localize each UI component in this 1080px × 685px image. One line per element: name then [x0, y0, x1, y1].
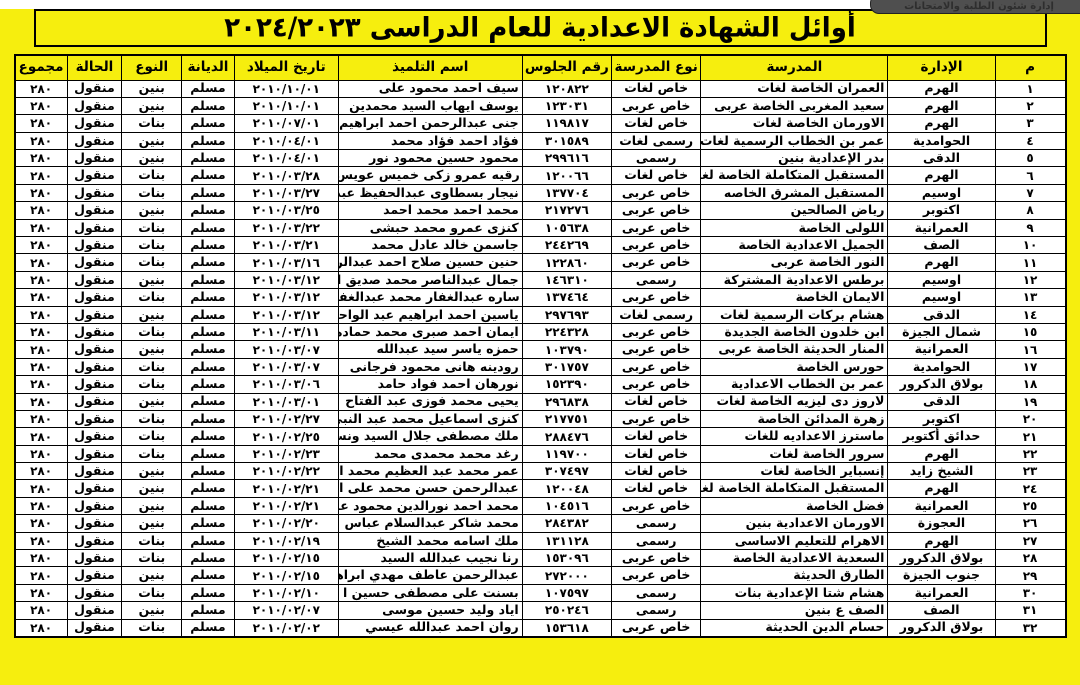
cell-administration: الهرم — [888, 254, 995, 271]
table-row: ٤الحوامديةعمر بن الخطاب الرسمية لغاترسمى… — [15, 132, 1066, 149]
cell-religion: مسلم — [182, 115, 235, 132]
cell-total: ٢٨٠ — [15, 254, 68, 271]
cell-total: ٢٨٠ — [15, 306, 68, 323]
cell-status: منقول — [67, 341, 122, 358]
cell-status: منقول — [67, 237, 122, 254]
column-header-religion: الديانة — [182, 55, 235, 80]
table-row: ٩العمرانيةاللولى الخاصةخاص عربى١٠٥٦٣٨كنز… — [15, 219, 1066, 236]
cell-student-name: عبدالرحمن حسن محمد على الليثى — [338, 480, 522, 497]
cell-serial: ١٧ — [995, 358, 1065, 375]
cell-status: منقول — [67, 532, 122, 549]
cell-total: ٢٨٠ — [15, 115, 68, 132]
cell-serial: ٦ — [995, 167, 1065, 184]
cell-serial: ٢٥ — [995, 497, 1065, 514]
cell-school: سرور الخاصة لغات — [701, 445, 888, 462]
cell-religion: مسلم — [182, 358, 235, 375]
table-row: ١٤الدقىهشام بركات الرسمية لغاترسمى لغات٢… — [15, 306, 1066, 323]
cell-birth-date: ٢٠١٠/٠٣/٢١ — [234, 237, 338, 254]
cell-school: المستقبل المتكاملة الخاصة لغات — [701, 480, 888, 497]
cell-student-name: سيف احمد محمود على — [338, 80, 522, 97]
cell-administration: الهرم — [888, 97, 995, 114]
cell-seat-number: ٣٠٧٤٩٧ — [522, 463, 611, 480]
cell-school-type: خاص عربى — [612, 619, 701, 636]
cell-gender: بنين — [122, 80, 182, 97]
cell-status: منقول — [67, 323, 122, 340]
cell-status: منقول — [67, 184, 122, 201]
cell-seat-number: ١٢٠٠٦٦ — [522, 167, 611, 184]
cell-student-name: رقيه عمرو زكى خميس عويس — [338, 167, 522, 184]
table-row: ٢٦العجوزةالاورمان الاعدادية بنينرسمى٢٨٤٣… — [15, 515, 1066, 532]
cell-status: منقول — [67, 271, 122, 288]
cell-seat-number: ١٤٦٣١٠ — [522, 271, 611, 288]
cell-birth-date: ٢٠١٠/٠٢/١٥ — [234, 550, 338, 567]
cell-seat-number: ٢١٧٢٧٦ — [522, 202, 611, 219]
cell-religion: مسلم — [182, 463, 235, 480]
cell-serial: ٣٠ — [995, 584, 1065, 601]
cell-school-type: خاص عربى — [612, 550, 701, 567]
cell-religion: مسلم — [182, 410, 235, 427]
table-row: ٢٨بولاق الدكرورالسعدية الاعدادية الخاصةخ… — [15, 550, 1066, 567]
cell-serial: ٤ — [995, 132, 1065, 149]
cell-birth-date: ٢٠١٠/٠٧/٠١ — [234, 115, 338, 132]
cell-gender: بنين — [122, 306, 182, 323]
cell-administration: بولاق الدكرور — [888, 619, 995, 636]
cell-gender: بنات — [122, 289, 182, 306]
cell-religion: مسلم — [182, 254, 235, 271]
cell-school: هشام شتا الإعدادية بنات — [701, 584, 888, 601]
cell-school: عمر بن الخطاب الرسمية لغات — [701, 132, 888, 149]
cell-seat-number: ١٣٧٤٦٤ — [522, 289, 611, 306]
cell-birth-date: ٢٠١٠/٠٤/٠١ — [234, 150, 338, 167]
cell-school: الاورمان الاعدادية بنين — [701, 515, 888, 532]
cell-birth-date: ٢٠١٠/٠٢/١٩ — [234, 532, 338, 549]
cell-total: ٢٨٠ — [15, 237, 68, 254]
cell-seat-number: ١٣١١٢٨ — [522, 532, 611, 549]
cell-total: ٢٨٠ — [15, 289, 68, 306]
cell-student-name: كنزى عمرو محمد حبشى — [338, 219, 522, 236]
column-header-total: مجموع — [15, 55, 68, 80]
cell-serial: ٢٨ — [995, 550, 1065, 567]
cell-school: حورس الخاصة — [701, 358, 888, 375]
cell-serial: ١٨ — [995, 376, 1065, 393]
table-row: ٢٥العمرانيةفضل الخاصةخاص عربى١٠٤٥١٦محمد … — [15, 497, 1066, 514]
cell-administration: العمرانية — [888, 341, 995, 358]
cell-gender: بنين — [122, 497, 182, 514]
cell-religion: مسلم — [182, 289, 235, 306]
cell-status: منقول — [67, 515, 122, 532]
cell-gender: بنين — [122, 463, 182, 480]
cell-total: ٢٨٠ — [15, 410, 68, 427]
cell-school-type: خاص عربى — [612, 289, 701, 306]
table-row: ٣الهرمالاورمان الخاصة لغاتخاص لغات١١٩٨١٧… — [15, 115, 1066, 132]
cell-birth-date: ٢٠١٠/٠٣/٢٧ — [234, 184, 338, 201]
cell-administration: الهرم — [888, 480, 995, 497]
cell-student-name: جمال عبدالناصر محمد صديق احمد — [338, 271, 522, 288]
cell-serial: ٢٧ — [995, 532, 1065, 549]
cell-status: منقول — [67, 202, 122, 219]
table-row: ١٦العمرانيةالمنار الحديثة الخاصة عربىخاص… — [15, 341, 1066, 358]
cell-student-name: جاسمن خالد عادل محمد — [338, 237, 522, 254]
cell-school-type: خاص لغات — [612, 167, 701, 184]
cell-religion: مسلم — [182, 619, 235, 636]
cell-total: ٢٨٠ — [15, 132, 68, 149]
cell-administration: العمرانية — [888, 497, 995, 514]
cell-seat-number: ١٠٥٦٣٨ — [522, 219, 611, 236]
cell-religion: مسلم — [182, 567, 235, 584]
cell-seat-number: ٢١٧٧٥١ — [522, 410, 611, 427]
cell-school-type: رسمى — [612, 584, 701, 601]
cell-student-name: روان احمد عبدالله عيسي — [338, 619, 522, 636]
cell-seat-number: ١١٩٧٠٠ — [522, 445, 611, 462]
cell-gender: بنين — [122, 341, 182, 358]
cell-religion: مسلم — [182, 271, 235, 288]
cell-school-type: رسمى — [612, 515, 701, 532]
table-row: ٣١الصفالصف ع بنينرسمى٢٥٠٢٤٦اياد وليد حسي… — [15, 602, 1066, 619]
cell-student-name: ملك مصطفى جلال السيد ونس — [338, 428, 522, 445]
cell-gender: بنين — [122, 202, 182, 219]
cell-serial: ٨ — [995, 202, 1065, 219]
cell-serial: ٢٠ — [995, 410, 1065, 427]
table-row: ١الهرمالعمران الخاصة لغاتخاص لغات١٢٠٨٢٢س… — [15, 80, 1066, 97]
cell-serial: ١٤ — [995, 306, 1065, 323]
cell-religion: مسلم — [182, 602, 235, 619]
cell-school-type: خاص لغات — [612, 428, 701, 445]
cell-administration: جنوب الجيزة — [888, 567, 995, 584]
cell-student-name: محمد احمد محمد احمد — [338, 202, 522, 219]
cell-serial: ٢ — [995, 97, 1065, 114]
cell-status: منقول — [67, 410, 122, 427]
cell-gender: بنات — [122, 410, 182, 427]
cell-school: بدر الإعدادية بنين — [701, 150, 888, 167]
table-row: ٢٠اكتوبرزهرة المدائن الخاصةخاص عربى٢١٧٧٥… — [15, 410, 1066, 427]
cell-birth-date: ٢٠١٠/٠٣/١٢ — [234, 306, 338, 323]
cell-administration: اوسيم — [888, 184, 995, 201]
cell-student-name: ايمان احمد صبرى محمد حماده — [338, 323, 522, 340]
cell-gender: بنات — [122, 584, 182, 601]
cell-seat-number: ٣٠١٥٨٩ — [522, 132, 611, 149]
cell-birth-date: ٢٠١٠/١٠/٠١ — [234, 97, 338, 114]
cell-school: فضل الخاصة — [701, 497, 888, 514]
cell-school: رياض الصالحين — [701, 202, 888, 219]
cell-student-name: ساره عبدالغفار محمد عبدالغفار كبش — [338, 289, 522, 306]
cell-school-type: خاص عربى — [612, 567, 701, 584]
cell-serial: ٢٩ — [995, 567, 1065, 584]
cell-birth-date: ٢٠١٠/٠٣/٢٨ — [234, 167, 338, 184]
cell-total: ٢٨٠ — [15, 515, 68, 532]
cell-student-name: محمد شاكر عبدالسلام عباس — [338, 515, 522, 532]
cell-seat-number: ١٥٣٠٩٦ — [522, 550, 611, 567]
cell-seat-number: ٢٤٤٢٦٩ — [522, 237, 611, 254]
cell-serial: ٢١ — [995, 428, 1065, 445]
cell-seat-number: ١٢٣٠٣١ — [522, 97, 611, 114]
cell-total: ٢٨٠ — [15, 393, 68, 410]
cell-school: اللولى الخاصة — [701, 219, 888, 236]
cell-gender: بنين — [122, 567, 182, 584]
cell-administration: العمرانية — [888, 584, 995, 601]
table-row: ٦الهرمالمستقبل المتكاملة الخاصة لغاتخاص … — [15, 167, 1066, 184]
cell-school-type: خاص عربى — [612, 497, 701, 514]
cell-religion: مسلم — [182, 97, 235, 114]
cell-serial: ١٢ — [995, 271, 1065, 288]
cell-religion: مسلم — [182, 445, 235, 462]
cell-gender: بنات — [122, 376, 182, 393]
cell-total: ٢٨٠ — [15, 480, 68, 497]
cell-gender: بنات — [122, 219, 182, 236]
cell-administration: حدائق أكتوبر — [888, 428, 995, 445]
cell-student-name: اياد وليد حسين موسى — [338, 602, 522, 619]
cell-status: منقول — [67, 480, 122, 497]
cell-status: منقول — [67, 254, 122, 271]
cell-gender: بنين — [122, 150, 182, 167]
cell-total: ٢٨٠ — [15, 463, 68, 480]
cell-gender: بنات — [122, 237, 182, 254]
cell-administration: الصف — [888, 602, 995, 619]
cell-birth-date: ٢٠١٠/٠٢/٢٥ — [234, 428, 338, 445]
cell-gender: بنات — [122, 184, 182, 201]
cell-total: ٢٨٠ — [15, 184, 68, 201]
cell-religion: مسلم — [182, 584, 235, 601]
cell-school: المستقبل المتكاملة الخاصة لغات — [701, 167, 888, 184]
cell-total: ٢٨٠ — [15, 584, 68, 601]
cell-birth-date: ٢٠١٠/٠٣/٠٦ — [234, 376, 338, 393]
column-header-serial: م — [995, 55, 1065, 80]
cell-status: منقول — [67, 97, 122, 114]
cell-status: منقول — [67, 567, 122, 584]
cell-student-name: بسنت على مصطفى حسين ا حمد — [338, 584, 522, 601]
cell-administration: بولاق الدكرور — [888, 550, 995, 567]
cell-total: ٢٨٠ — [15, 323, 68, 340]
cell-serial: ٣١ — [995, 602, 1065, 619]
cell-administration: الهرم — [888, 167, 995, 184]
cell-school: المنار الحديثة الخاصة عربى — [701, 341, 888, 358]
cell-status: منقول — [67, 550, 122, 567]
cell-total: ٢٨٠ — [15, 532, 68, 549]
cell-gender: بنين — [122, 515, 182, 532]
cell-seat-number: ٢٢٤٣٢٨ — [522, 323, 611, 340]
cell-student-name: عمر محمد عبد العظيم محمد ابراهيم — [338, 463, 522, 480]
cell-religion: مسلم — [182, 428, 235, 445]
cell-status: منقول — [67, 619, 122, 636]
cell-status: منقول — [67, 289, 122, 306]
cell-school: الاورمان الخاصة لغات — [701, 115, 888, 132]
cell-total: ٢٨٠ — [15, 567, 68, 584]
cell-gender: بنات — [122, 323, 182, 340]
cell-serial: ٢٤ — [995, 480, 1065, 497]
cell-seat-number: ٢٧٢٠٠٠ — [522, 567, 611, 584]
cell-gender: بنات — [122, 115, 182, 132]
cell-religion: مسلم — [182, 532, 235, 549]
cell-school-type: خاص لغات — [612, 115, 701, 132]
cell-seat-number: ١٢٢٨٦٠ — [522, 254, 611, 271]
cell-administration: اكتوبر — [888, 202, 995, 219]
cell-school-type: خاص لغات — [612, 445, 701, 462]
cell-religion: مسلم — [182, 202, 235, 219]
cell-birth-date: ٢٠١٠/٠٢/٢٣ — [234, 445, 338, 462]
column-header-status: الحالة — [67, 55, 122, 80]
cell-school: عمر بن الخطاب الاعدادية — [701, 376, 888, 393]
cell-total: ٢٨٠ — [15, 376, 68, 393]
cell-gender: بنات — [122, 619, 182, 636]
cell-religion: مسلم — [182, 219, 235, 236]
cell-total: ٢٨٠ — [15, 167, 68, 184]
cell-school-type: رسمى — [612, 602, 701, 619]
cell-total: ٢٨٠ — [15, 80, 68, 97]
cell-school-type: خاص عربى — [612, 254, 701, 271]
cell-administration: الهرم — [888, 532, 995, 549]
cell-gender: بنات — [122, 254, 182, 271]
cell-birth-date: ٢٠١٠/٠٢/٢٠ — [234, 515, 338, 532]
cell-student-name: يوسف ايهاب السيد محمدين — [338, 97, 522, 114]
cell-religion: مسلم — [182, 550, 235, 567]
cell-religion: مسلم — [182, 237, 235, 254]
table-row: ٢٧الهرمالاهرام للتعليم الاساسىرسمى١٣١١٢٨… — [15, 532, 1066, 549]
cell-status: منقول — [67, 463, 122, 480]
cell-student-name: رودينه هانى محمود فرجانى — [338, 358, 522, 375]
column-header-birth-date: تاريخ الميلاد — [234, 55, 338, 80]
cell-birth-date: ٢٠١٠/٠٣/١١ — [234, 323, 338, 340]
cell-student-name: نورهان احمد فواد حامد — [338, 376, 522, 393]
cell-school-type: خاص عربى — [612, 219, 701, 236]
title-banner: أوائل الشهادة الاعدادية للعام الدراسى ٢٠… — [34, 9, 1047, 47]
cell-school-type: خاص عربى — [612, 341, 701, 358]
cell-seat-number: ٢٩٩٦١٦ — [522, 150, 611, 167]
cell-student-name: نيجار بسطاوى عبدالحفيظ عبدالله — [338, 184, 522, 201]
cell-total: ٢٨٠ — [15, 341, 68, 358]
cell-religion: مسلم — [182, 323, 235, 340]
cell-status: منقول — [67, 376, 122, 393]
cell-serial: ١٠ — [995, 237, 1065, 254]
cell-school-type: رسمى — [612, 532, 701, 549]
cell-administration: الدقى — [888, 393, 995, 410]
cell-total: ٢٨٠ — [15, 219, 68, 236]
cell-status: منقول — [67, 167, 122, 184]
cell-seat-number: ١٢٠٠٤٨ — [522, 480, 611, 497]
cell-status: منقول — [67, 306, 122, 323]
column-header-student-name: اسم التلميذ — [338, 55, 522, 80]
cell-school: الجميل الاعدادية الخاصة — [701, 237, 888, 254]
cell-status: منقول — [67, 584, 122, 601]
table-row: ٢٩جنوب الجيزةالطارق الحديثةخاص عربى٢٧٢٠٠… — [15, 567, 1066, 584]
cell-student-name: جنى عبدالرحمن احمد ابراهيم — [338, 115, 522, 132]
column-header-school: المدرسة — [701, 55, 888, 80]
cell-gender: بنات — [122, 428, 182, 445]
cell-serial: ٢٦ — [995, 515, 1065, 532]
cell-school: الطارق الحديثة — [701, 567, 888, 584]
cell-student-name: رغد محمد محمدى محمد — [338, 445, 522, 462]
cell-administration: الدقى — [888, 150, 995, 167]
cell-school-type: خاص عربى — [612, 184, 701, 201]
table-row: ٧اوسيمالمستقبل المشرق الخاصهخاص عربى١٣٧٧… — [15, 184, 1066, 201]
cell-total: ٢٨٠ — [15, 619, 68, 636]
cell-status: منقول — [67, 428, 122, 445]
cell-school-type: خاص عربى — [612, 323, 701, 340]
cell-school-type: خاص لغات — [612, 393, 701, 410]
cell-serial: ١٦ — [995, 341, 1065, 358]
cell-seat-number: ١١٩٨١٧ — [522, 115, 611, 132]
cell-seat-number: ٢٨٤٣٨٢ — [522, 515, 611, 532]
cell-school-type: خاص عربى — [612, 237, 701, 254]
cell-status: منقول — [67, 497, 122, 514]
cell-seat-number: ٢٥٠٢٤٦ — [522, 602, 611, 619]
cell-status: منقول — [67, 150, 122, 167]
table-row: ٢٣الشيخ زايدإنسباير الخاصة لغاتخاص لغات٣… — [15, 463, 1066, 480]
cell-serial: ١٩ — [995, 393, 1065, 410]
cell-student-name: ملك اسامه محمد الشيخ — [338, 532, 522, 549]
cell-seat-number: ١٠٧٥٩٧ — [522, 584, 611, 601]
cell-administration: العمرانية — [888, 219, 995, 236]
cell-administration: الهرم — [888, 445, 995, 462]
cell-school: السعدية الاعدادية الخاصة — [701, 550, 888, 567]
cell-birth-date: ٢٠١٠/٠٢/٢٢ — [234, 463, 338, 480]
cell-school: حسام الدين الحديثة — [701, 619, 888, 636]
cell-serial: ٢٣ — [995, 463, 1065, 480]
cell-administration: الهرم — [888, 80, 995, 97]
cell-school: ابن خلدون الخاصة الجديدة — [701, 323, 888, 340]
cell-school-type: خاص عربى — [612, 410, 701, 427]
cell-serial: ١٥ — [995, 323, 1065, 340]
cell-administration: اوسيم — [888, 271, 995, 288]
cell-gender: بنين — [122, 97, 182, 114]
cell-student-name: يحيى محمد فوزى عبد الفتاح — [338, 393, 522, 410]
table-row: ١٣اوسيمالايمان الخاصةخاص عربى١٣٧٤٦٤ساره … — [15, 289, 1066, 306]
cell-school: النور الخاصة عربى — [701, 254, 888, 271]
cell-administration: الحوامدية — [888, 132, 995, 149]
cell-status: منقول — [67, 80, 122, 97]
cell-religion: مسلم — [182, 515, 235, 532]
cell-administration: الصف — [888, 237, 995, 254]
cell-seat-number: ٢٨٨٤٧٦ — [522, 428, 611, 445]
cell-administration: اوسيم — [888, 289, 995, 306]
cell-student-name: حمزه ياسر سيد عبدالله — [338, 341, 522, 358]
cell-seat-number: ٣٠١٧٥٧ — [522, 358, 611, 375]
cell-religion: مسلم — [182, 306, 235, 323]
cell-birth-date: ٢٠١٠/٠٤/٠١ — [234, 132, 338, 149]
cell-student-name: محمود حسين محمود نور — [338, 150, 522, 167]
cell-religion: مسلم — [182, 376, 235, 393]
cell-administration: اكتوبر — [888, 410, 995, 427]
cell-religion: مسلم — [182, 167, 235, 184]
cell-school-type: خاص عربى — [612, 358, 701, 375]
cell-religion: مسلم — [182, 80, 235, 97]
cell-religion: مسلم — [182, 480, 235, 497]
cell-seat-number: ١٠٤٥١٦ — [522, 497, 611, 514]
cell-student-name: فؤاد احمد فؤاد محمد — [338, 132, 522, 149]
cell-school: برطس الاعدادية المشتركة — [701, 271, 888, 288]
table-row: ٢١حدائق أكتوبرماسترز الاعداديه للغاتخاص … — [15, 428, 1066, 445]
cell-birth-date: ٢٠١٠/٠٣/٢٥ — [234, 202, 338, 219]
cell-status: منقول — [67, 602, 122, 619]
table-row: ١٠الصفالجميل الاعدادية الخاصةخاص عربى٢٤٤… — [15, 237, 1066, 254]
cell-birth-date: ٢٠١٠/٠٢/٢١ — [234, 480, 338, 497]
cell-school: هشام بركات الرسمية لغات — [701, 306, 888, 323]
cell-total: ٢٨٠ — [15, 271, 68, 288]
cell-school-type: خاص لغات — [612, 80, 701, 97]
cell-student-name: ياسين احمد ابراهيم عبد الواحد — [338, 306, 522, 323]
cell-administration: الهرم — [888, 115, 995, 132]
cell-total: ٢٨٠ — [15, 602, 68, 619]
cell-status: منقول — [67, 393, 122, 410]
cell-birth-date: ٢٠١٠/٠٣/٠١ — [234, 393, 338, 410]
students-table: مالإدارةالمدرسةنوع المدرسةرقم الجلوساسم … — [14, 54, 1067, 638]
cell-school: العمران الخاصة لغات — [701, 80, 888, 97]
cell-serial: ١٣ — [995, 289, 1065, 306]
cell-gender: بنات — [122, 167, 182, 184]
cell-serial: ٣٢ — [995, 619, 1065, 636]
cell-birth-date: ٢٠١٠/٠٣/١٢ — [234, 271, 338, 288]
cell-administration: الحوامدية — [888, 358, 995, 375]
table-row: ١٥شمال الجيزةابن خلدون الخاصة الجديدةخاص… — [15, 323, 1066, 340]
table-row: ١٩الدقىلاروز دى ليزيه الخاصة لغاتخاص لغا… — [15, 393, 1066, 410]
